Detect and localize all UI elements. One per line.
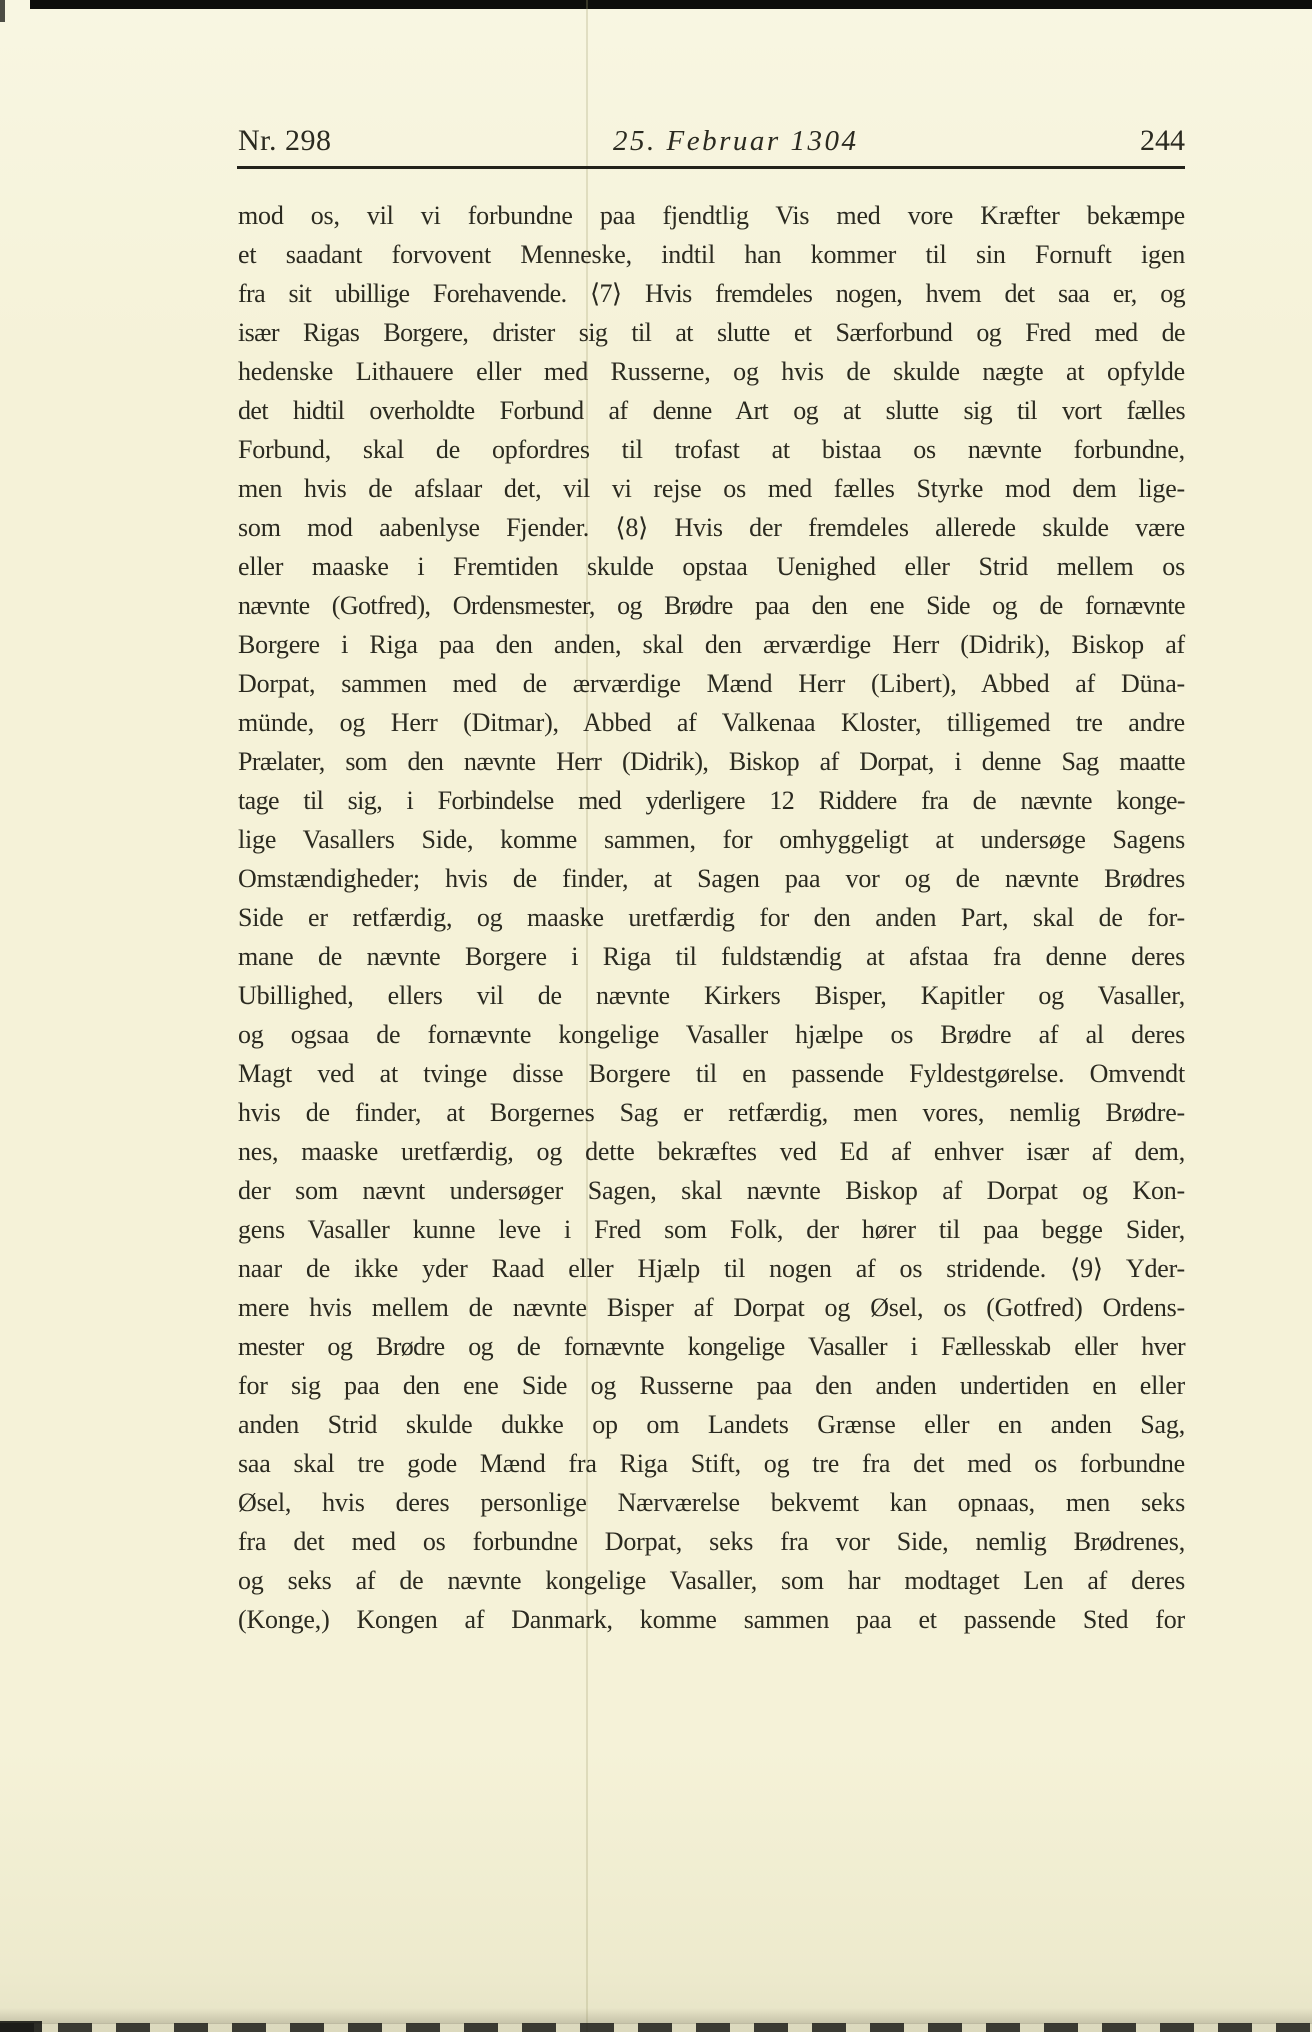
header-date: 25. Februar 1304: [613, 125, 858, 158]
document-number: Nr. 298: [238, 124, 332, 158]
text-line: det hidtil overholdte Forbund af denne A…: [238, 391, 1185, 430]
text-line: der som nævnt undersøger Sagen, skal næv…: [238, 1171, 1185, 1210]
text-line: nes, maaske uretfærdig, og dette bekræft…: [238, 1132, 1185, 1171]
text-line: Side er retfærdig, og maaske uretfærdig …: [238, 898, 1185, 937]
text-line: hvis de finder, at Borgernes Sag er retf…: [238, 1093, 1185, 1132]
text-line: Ubillighed, ellers vil de nævnte Kirkers…: [238, 976, 1185, 1015]
text-line: Forbund, skal de opfordres til trofast a…: [238, 430, 1185, 469]
text-line: Dorpat, sammen med de ærværdige Mænd Her…: [238, 664, 1185, 703]
text-line: fra sit ubillige Forehavende. ⟨7⟩ Hvis f…: [238, 274, 1185, 313]
text-line: mane de nævnte Borgere i Riga til fuldst…: [238, 937, 1185, 976]
scan-shadow-bottom: [0, 2008, 1312, 2024]
header-rule: [237, 166, 1185, 169]
text-line: mod os, vil vi forbundne paa fjendtlig V…: [238, 196, 1185, 235]
text-line: Prælater, som den nævnte Herr (Didrik), …: [238, 742, 1185, 781]
text-line: tage til sig, i Forbindelse med yderlige…: [238, 781, 1185, 820]
text-line: (Konge,) Kongen af Danmark, komme sammen…: [238, 1600, 1185, 1639]
document-body: mod os, vil vi forbundne paa fjendtlig V…: [238, 196, 1185, 1639]
text-line: et saadant forvovent Menneske, indtil ha…: [238, 235, 1185, 274]
document-page: Nr. 298 25. Februar 1304 244 mod os, vil…: [0, 0, 1312, 2032]
text-line: og ogsaa de fornævnte kongelige Vasaller…: [238, 1015, 1185, 1054]
text-line: især Rigas Borgere, drister sig til at s…: [238, 313, 1185, 352]
text-line: Omstændigheder; hvis de finder, at Sagen…: [238, 859, 1185, 898]
text-line: naar de ikke yder Raad eller Hjælp til n…: [238, 1249, 1185, 1288]
scan-mark-bottom-left: [0, 2021, 42, 2032]
text-line: münde, og Herr (Ditmar), Abbed af Valken…: [238, 703, 1185, 742]
text-line: mere hvis mellem de nævnte Bisper af Dor…: [238, 1288, 1185, 1327]
text-line: eller maaske i Fremtiden skulde opstaa U…: [238, 547, 1185, 586]
text-line: men hvis de afslaar det, vil vi rejse os…: [238, 469, 1185, 508]
text-line: mester og Brødre og de fornævnte kongeli…: [238, 1327, 1185, 1366]
text-line: for sig paa den ene Side og Russerne paa…: [238, 1366, 1185, 1405]
scan-edge-bottom: [0, 2023, 1312, 2032]
text-line: nævnte (Gotfred), Ordensmester, og Brødr…: [238, 586, 1185, 625]
text-line: og seks af de nævnte kongelige Vasaller,…: [238, 1561, 1185, 1600]
page-number: 244: [1140, 124, 1185, 158]
text-line: Øsel, hvis deres personlige Nærværelse b…: [238, 1483, 1185, 1522]
text-line: lige Vasallers Side, komme sammen, for o…: [238, 820, 1185, 859]
text-line: hedenske Lithauere eller med Russerne, o…: [238, 352, 1185, 391]
text-line: fra det med os forbundne Dorpat, seks fr…: [238, 1522, 1185, 1561]
text-line: Borgere i Riga paa den anden, skal den æ…: [238, 625, 1185, 664]
text-line: saa skal tre gode Mænd fra Riga Stift, o…: [238, 1444, 1185, 1483]
page-header: Nr. 298 25. Februar 1304 244: [238, 124, 1185, 158]
text-line: Magt ved at tvinge disse Borgere til en …: [238, 1054, 1185, 1093]
text-line: anden Strid skulde dukke op om Landets G…: [238, 1405, 1185, 1444]
scan-edge-top: [30, 0, 1312, 9]
scan-mark-top-left: [0, 0, 5, 22]
text-line: som mod aabenlyse Fjender. ⟨8⟩ Hvis der …: [238, 508, 1185, 547]
text-line: gens Vasaller kunne leve i Fred som Folk…: [238, 1210, 1185, 1249]
